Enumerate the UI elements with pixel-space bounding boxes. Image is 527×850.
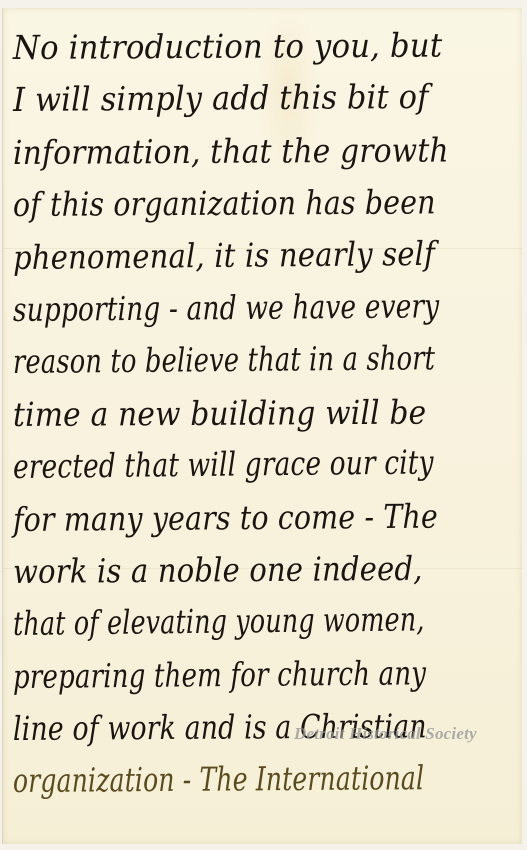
letter-page: No introduction to you, but I will simpl… xyxy=(2,8,522,844)
handwritten-line: for many years to come - The xyxy=(13,490,448,546)
handwritten-line: time a new building will be xyxy=(13,386,468,441)
handwritten-line: that of elevating young women, xyxy=(13,594,402,651)
handwritten-line: line of work and is a Christian xyxy=(13,700,422,755)
handwritten-line: work is a noble one indeed, xyxy=(13,542,458,598)
handwritten-line: information, that the growth xyxy=(13,124,468,179)
handwritten-text-body: No introduction to you, but I will simpl… xyxy=(13,22,518,808)
handwritten-line: No introduction to you, but xyxy=(13,19,483,74)
handwritten-line: phenomenal, it is nearly self xyxy=(13,227,458,284)
handwritten-line: I will simply add this bit of xyxy=(13,71,478,127)
handwritten-line: reason to believe that in a short xyxy=(13,333,407,389)
handwritten-line: supporting - and we have every xyxy=(13,280,417,336)
handwritten-line: of this organization has been xyxy=(13,177,448,232)
handwritten-line: erected that will grace our city xyxy=(13,437,417,494)
handwritten-line: preparing them for church any xyxy=(13,647,412,703)
handwritten-line: organization - The International xyxy=(13,753,397,808)
